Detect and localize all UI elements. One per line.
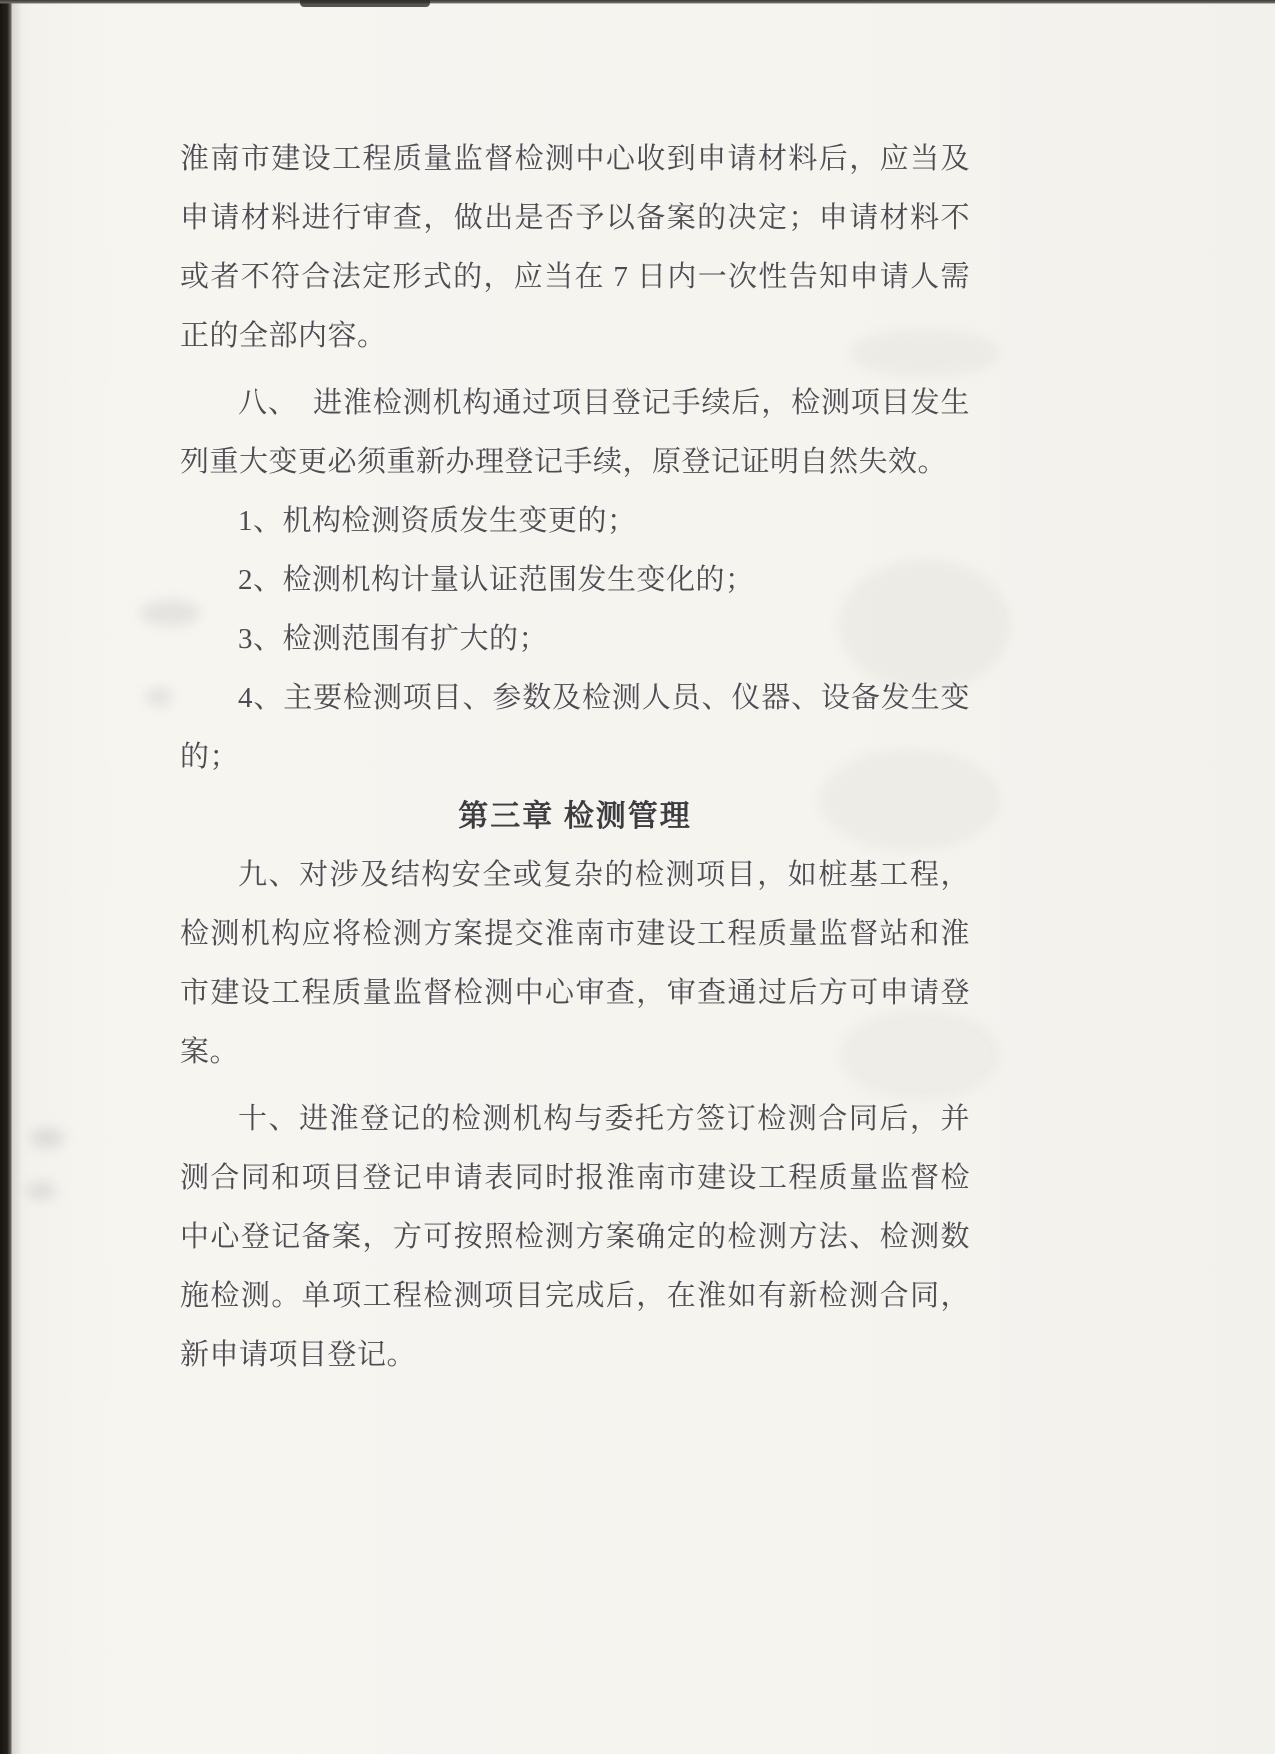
text-line: 列重大变更必须重新办理登记手续，原登记证明自然失效。: [180, 433, 970, 492]
text-line-item-10: 十、进淮登记的检测机构与委托方签订检测合同后，并将检: [180, 1090, 970, 1149]
text-line-item-3: 3、检测范围有扩大的；: [180, 610, 970, 669]
text-line: 检测机构应将检测方案提交淮南市建设工程质量监督站和淮南: [180, 905, 970, 964]
text-line-item-2: 2、检测机构计量认证范围发生变化的；: [180, 551, 970, 610]
text-line: 施检测。单项工程检测项目完成后，在淮如有新检测合同，需重: [180, 1267, 970, 1326]
scan-smudge: [30, 1128, 64, 1148]
text-line-item-4: 4、主要检测项目、参数及检测人员、仪器、设备发生变化: [180, 669, 970, 728]
text-line: 案。: [180, 1023, 970, 1082]
text-line-item-9: 九、对涉及结构安全或复杂的检测项目，如桩基工程，进淮: [180, 846, 970, 905]
document-text-block: 淮南市建设工程质量监督检测中心收到申请材料后，应当及时对 申请材料进行审查，做出…: [180, 130, 970, 1385]
text-line-item-8: 八、 进淮检测机构通过项目登记手续后，检测项目发生下: [180, 374, 970, 433]
scan-edge-left: [0, 0, 12, 1754]
text-line: 淮南市建设工程质量监督检测中心收到申请材料后，应当及时对: [180, 130, 970, 189]
text-line: 正的全部内容。: [180, 307, 970, 366]
chapter-heading: 第三章 检测管理: [180, 787, 970, 846]
text-line: 中心登记备案，方可按照检测方案确定的检测方法、检测数量实: [180, 1208, 970, 1267]
scan-smudge: [146, 688, 172, 706]
scan-edge-left-shadow: [12, 0, 22, 1754]
text-line: 的；: [180, 728, 970, 787]
scan-smudge: [26, 1182, 56, 1200]
text-line: 或者不符合法定形式的，应当在 7 日内一次性告知申请人需要补: [180, 248, 970, 307]
text-line: 测合同和项目登记申请表同时报淮南市建设工程质量监督检测: [180, 1149, 970, 1208]
text-line: 市建设工程质量监督检测中心审查，审查通过后方可申请登记备: [180, 964, 970, 1023]
scan-edge-top-mark: [300, 0, 430, 7]
scanned-document-page: { "doc": { "paragraph_lines": [ "淮南市建设工程…: [0, 0, 1275, 1754]
text-line-item-1: 1、机构检测资质发生变更的；: [180, 492, 970, 551]
scan-edge-top: [0, 0, 1275, 4]
text-line: 申请材料进行审查，做出是否予以备案的决定；申请材料不齐全: [180, 189, 970, 248]
text-line: 新申请项目登记。: [180, 1326, 970, 1385]
